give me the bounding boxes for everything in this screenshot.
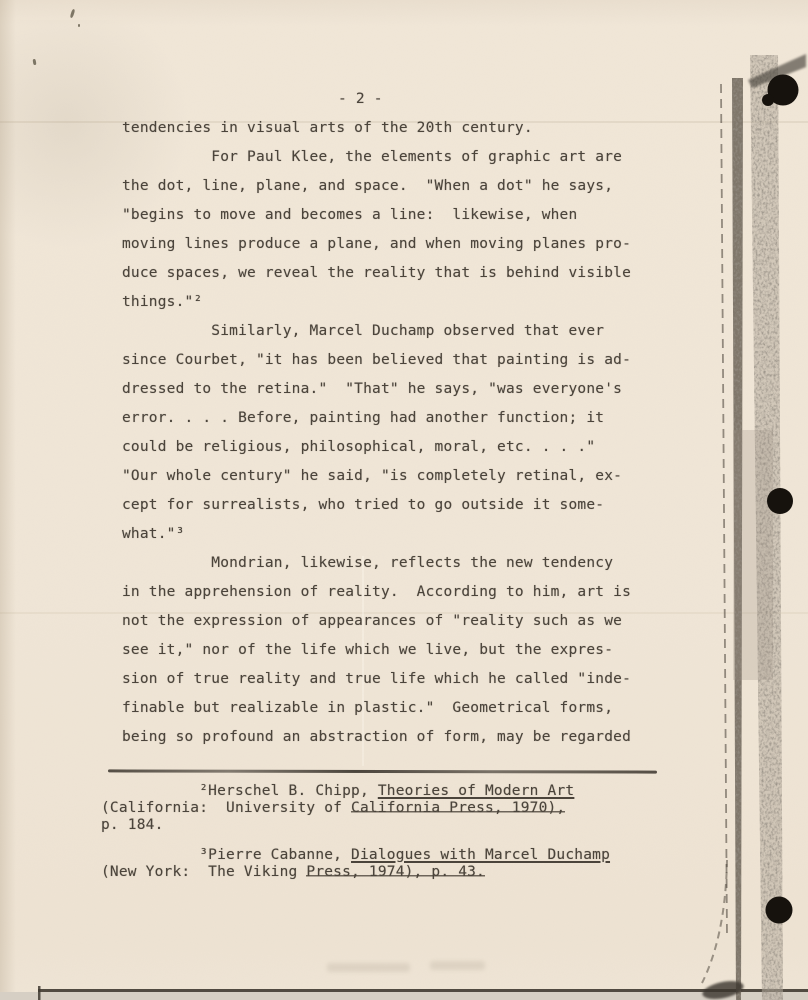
typewritten-line: being so profound an abstraction of form… bbox=[122, 723, 631, 752]
typewritten-line: "Our whole century" he said, "is complet… bbox=[122, 462, 631, 491]
typewritten-line: in the apprehension of reality. Accordin… bbox=[122, 578, 631, 607]
typewritten-line: Similarly, Marcel Duchamp observed that … bbox=[122, 317, 631, 346]
typewritten-line: finable but realizable in plastic." Geom… bbox=[122, 694, 631, 723]
footnote-line: ²Herschel B. Chipp, Theories of Modern A… bbox=[101, 783, 610, 800]
typewritten-line: tendencies in visual arts of the 20th ce… bbox=[122, 114, 631, 143]
footnote-text bbox=[101, 847, 199, 863]
body-text: tendencies in visual arts of the 20th ce… bbox=[122, 114, 631, 752]
typewritten-line: "begins to move and becomes a line: like… bbox=[122, 201, 631, 230]
scanned-page: - 2 - tendencies in visual arts of the 2… bbox=[0, 0, 808, 1000]
typewritten-line: sion of true reality and true life which… bbox=[122, 665, 631, 694]
book-title-underlined: Dialogues with Marcel Duchamp bbox=[351, 847, 610, 863]
typewritten-content: - 2 - tendencies in visual arts of the 2… bbox=[0, 0, 808, 1000]
footnote-text-with-line-artifact: California Press, 1970), bbox=[351, 800, 565, 816]
typewritten-line: the dot, line, plane, and space. "When a… bbox=[122, 172, 631, 201]
footnotes: ²Herschel B. Chipp, Theories of Modern A… bbox=[101, 783, 610, 881]
typewritten-line: not the expression of appearances of "re… bbox=[122, 607, 631, 636]
footnote-line: p. 184. bbox=[101, 817, 610, 834]
footnote-text: ³Pierre Cabanne, bbox=[199, 847, 351, 863]
typewritten-line: Mondrian, likewise, reflects the new ten… bbox=[122, 549, 631, 578]
typewritten-line: moving lines produce a plane, and when m… bbox=[122, 230, 631, 259]
footnote-separator bbox=[108, 769, 657, 773]
typewritten-line: error. . . . Before, painting had anothe… bbox=[122, 404, 631, 433]
footnote-text: (New York: The Viking bbox=[101, 864, 306, 880]
footnote-text: p. 184. bbox=[101, 817, 164, 833]
footnote-3: ³Pierre Cabanne, Dialogues with Marcel D… bbox=[101, 847, 610, 881]
typewritten-line: what."³ bbox=[122, 520, 631, 549]
typewritten-line: dressed to the retina." "That" he says, … bbox=[122, 375, 631, 404]
typewritten-line: cept for surrealists, who tried to go ou… bbox=[122, 491, 631, 520]
book-title-underlined: Theories of Modern Art bbox=[378, 783, 574, 799]
typewritten-line: things."² bbox=[122, 288, 631, 317]
footnote-text-with-line-artifact: Press, 1974), p. 43. bbox=[306, 864, 485, 880]
footnote-gap bbox=[101, 834, 610, 847]
typewritten-line: see it," nor of the life which we live, … bbox=[122, 636, 631, 665]
footnote-line: (New York: The Viking Press, 1974), p. 4… bbox=[101, 864, 610, 881]
typewritten-line: since Courbet, "it has been believed tha… bbox=[122, 346, 631, 375]
typewritten-line: could be religious, philosophical, moral… bbox=[122, 433, 631, 462]
footnote-text: ²Herschel B. Chipp, bbox=[199, 783, 378, 799]
footnote-text bbox=[101, 783, 199, 799]
footnote-2: ²Herschel B. Chipp, Theories of Modern A… bbox=[101, 783, 610, 834]
typewritten-line: For Paul Klee, the elements of graphic a… bbox=[122, 143, 631, 172]
page-number: - 2 - bbox=[338, 88, 383, 110]
footnote-line: (California: University of California Pr… bbox=[101, 800, 610, 817]
footnote-text: (California: University of bbox=[101, 800, 351, 816]
footnote-line: ³Pierre Cabanne, Dialogues with Marcel D… bbox=[101, 847, 610, 864]
typewritten-line: duce spaces, we reveal the reality that … bbox=[122, 259, 631, 288]
